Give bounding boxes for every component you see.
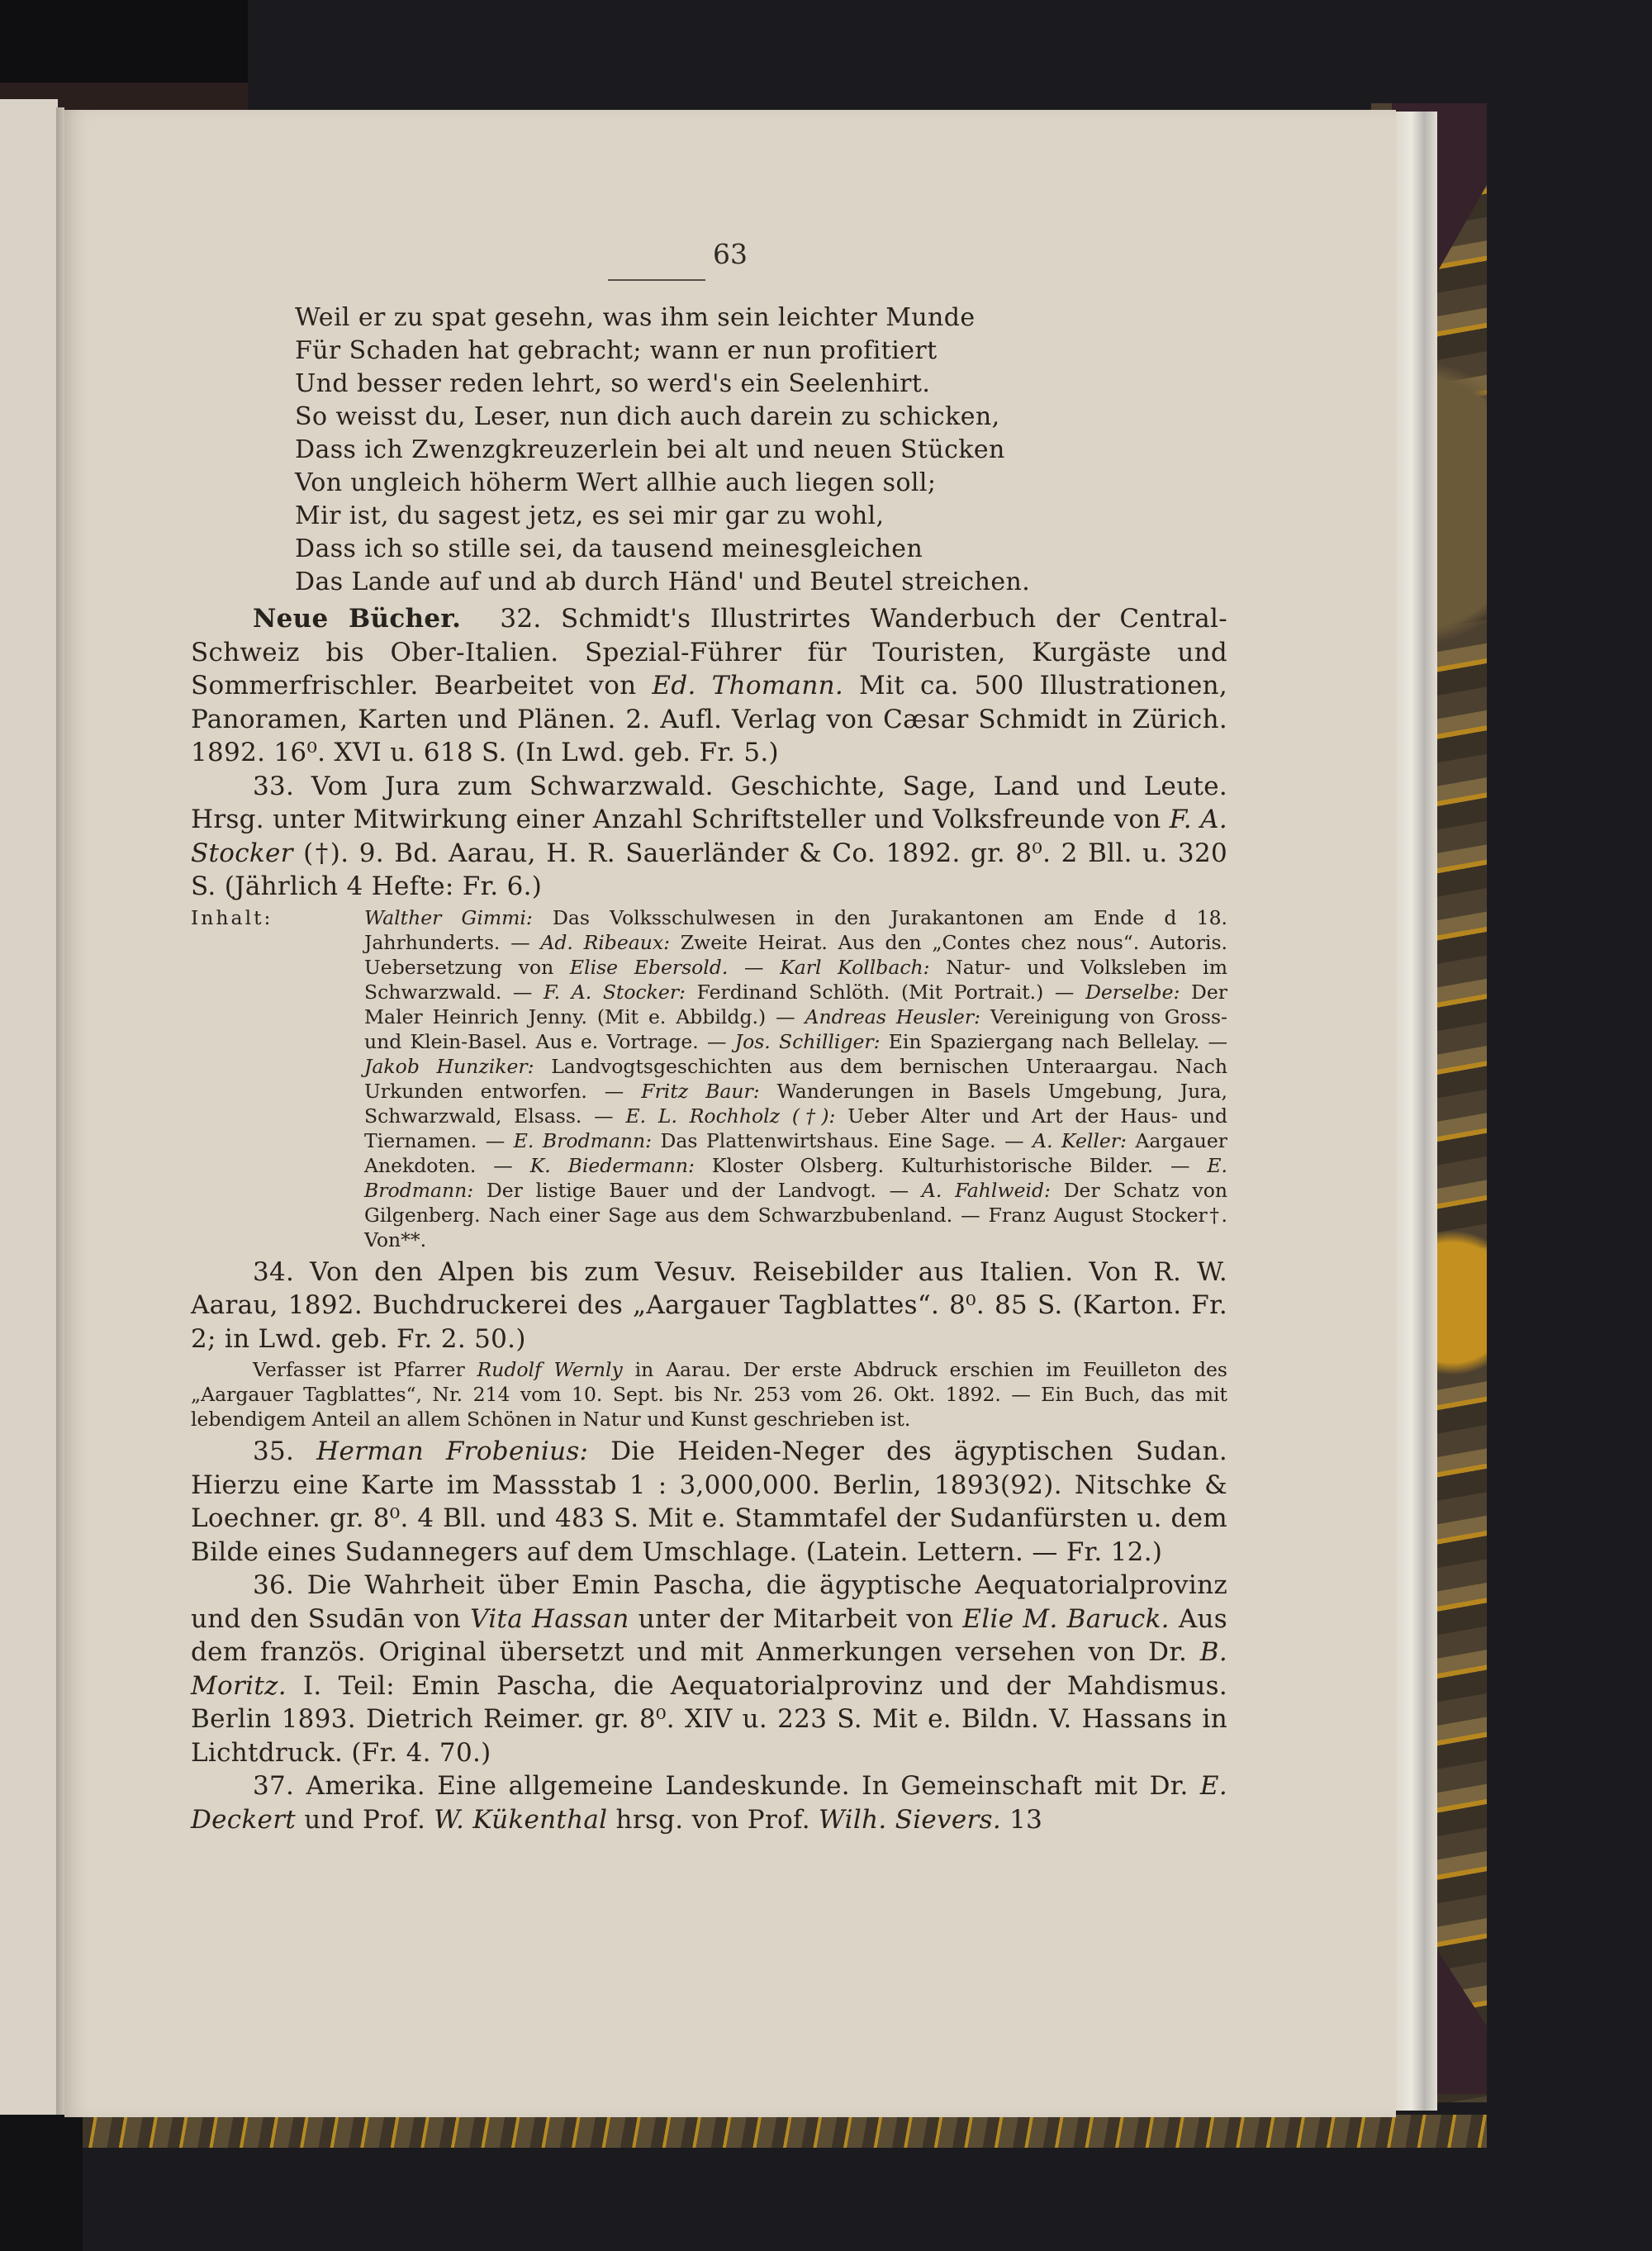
left-page-edge-strip — [0, 99, 58, 2251]
left-board — [0, 2115, 83, 2251]
note-text: Verfasser ist Pfarrer — [253, 1358, 477, 1381]
contents-title: — — [728, 956, 780, 979]
entry-text: hrsg. von Prof. — [607, 1805, 819, 1835]
verse-line: Für Schaden hat gebracht; wann er nun pr… — [295, 335, 1227, 368]
gutter — [56, 107, 64, 2148]
contents-title: Kloster Olsberg. Kulturhistorische Bilde… — [695, 1154, 1207, 1177]
entry-text: und Prof. — [296, 1805, 434, 1835]
verse-line: Mir ist, du sagest jetz, es sei mir gar … — [295, 500, 1227, 533]
entry-37: 37. Amerika. Eine allgemeine Landeskunde… — [191, 1769, 1227, 1836]
contents-title: Das Plattenwirtshaus. Eine Sage. — — [652, 1129, 1032, 1152]
contents-author: Elise Ebersold. — [570, 956, 728, 979]
entry-text: unter der Mitarbeit von — [629, 1604, 963, 1634]
verse-line: Das Lande auf und ab durch Händ' und Beu… — [295, 566, 1227, 599]
contents-author: Fritz Baur: — [641, 1080, 759, 1103]
entry-text: Amerika. Eine allgemeine Landeskunde. In… — [306, 1771, 1200, 1801]
verse-line: Weil er zu spat gesehn, was ihm sein lei… — [295, 302, 1227, 335]
entry-34: 34. Von den Alpen bis zum Vesuv. Reisebi… — [191, 1256, 1227, 1356]
signature-mark: 13 — [1001, 1805, 1042, 1835]
contents-author: Walther Gimmi: — [364, 906, 533, 929]
entry-number: 32. — [500, 604, 541, 634]
page-content: Weil er zu spat gesehn, was ihm sein lei… — [191, 302, 1227, 1836]
contents-title: Der listige Bauer und der Landvogt. — — [473, 1179, 922, 1202]
entry-author: Elie M. Baruck. — [962, 1604, 1169, 1634]
entry-text: (†). 9. Bd. Aarau, H. R. Sauerländer & C… — [191, 838, 1227, 902]
header-rule — [608, 279, 705, 281]
entry-text: Vom Jura zum Schwarzwald. Geschichte, Sa… — [191, 772, 1227, 835]
page-number: 63 — [64, 238, 1396, 270]
entry-text: Von den Alpen bis zum Vesuv. Reisebilder… — [191, 1257, 1227, 1354]
entry-34-note: Verfasser ist Pfarrer Rudolf Wernly in A… — [191, 1357, 1227, 1432]
contents-author: Derselbe: — [1085, 981, 1180, 1004]
verse-line: So weisst du, Leser, nun dich auch darei… — [295, 401, 1227, 434]
contents-label: Inhalt: — [191, 905, 364, 930]
entry-36: 36. Die Wahrheit über Emin Pascha, die ä… — [191, 1569, 1227, 1769]
entry-author: W. Kükenthal — [434, 1805, 607, 1835]
contents-author: E. L. Rochholz (†): — [625, 1104, 835, 1128]
contents-author: Jakob Hunziker: — [364, 1055, 534, 1078]
verse-line: Und besser reden lehrt, so werd's ein Se… — [295, 368, 1227, 401]
entry-32: Neue Bücher. 32. Schmidt's Illustrirtes … — [191, 602, 1227, 770]
contents-author: K. Biedermann: — [530, 1154, 695, 1177]
contents-author: F. A. Stocker: — [544, 981, 686, 1004]
section-heading: Neue Bücher. — [253, 604, 461, 634]
entry-number: 36. — [253, 1570, 294, 1600]
contents-title: Ein Spaziergang nach Bellelay. — — [881, 1030, 1227, 1053]
entry-number: 34. — [253, 1257, 294, 1287]
contents-author: Karl Kollbach: — [780, 956, 929, 979]
entry-number: 35. — [253, 1437, 294, 1466]
contents-author: A. Keller: — [1032, 1129, 1127, 1152]
entry-number: 33. — [253, 772, 294, 801]
contents-author: Andreas Heusler: — [805, 1005, 980, 1028]
contents-title: Ferdinand Schlöth. (Mit Portrait.) — — [686, 981, 1085, 1004]
marbled-bottom-edge — [83, 2115, 1487, 2148]
verse-line: Von ungleich höherm Wert allhie auch lie… — [295, 467, 1227, 500]
entry-33-contents: Inhalt:Walther Gimmi: Das Volksschulwese… — [191, 905, 1227, 1252]
page-fore-edge — [1394, 112, 1437, 2111]
entry-number: 37. — [253, 1771, 294, 1801]
contents-author: A. Fahlweid: — [922, 1179, 1051, 1202]
contents-author: Ad. Ribeaux: — [540, 931, 670, 954]
entry-author: Vita Hassan — [470, 1604, 629, 1634]
verse-line: Dass ich so stille sei, da tausend meine… — [295, 533, 1227, 566]
verse-line: Dass ich Zwenzgkreuzerlein bei alt und n… — [295, 434, 1227, 467]
note-author: Rudolf Wernly — [477, 1358, 622, 1381]
contents-author: Jos. Schilliger: — [735, 1030, 881, 1053]
verse-block: Weil er zu spat gesehn, was ihm sein lei… — [295, 302, 1227, 599]
contents-author: E. Brodmann: — [514, 1129, 652, 1152]
entry-33: 33. Vom Jura zum Schwarzwald. Geschichte… — [191, 770, 1227, 904]
entry-text: I. Teil: Emin Pascha, die Aequatorialpro… — [191, 1671, 1227, 1768]
entry-author: Wilh. Sievers. — [819, 1805, 1001, 1835]
entry-35: 35. Herman Frobenius: Die Heiden-Neger d… — [191, 1435, 1227, 1569]
book-page: 63 Weil er zu spat gesehn, was ihm sein … — [64, 110, 1396, 2117]
entry-author: Ed. Thomann. — [652, 671, 843, 700]
entry-author: Herman Frobenius: — [316, 1437, 588, 1466]
